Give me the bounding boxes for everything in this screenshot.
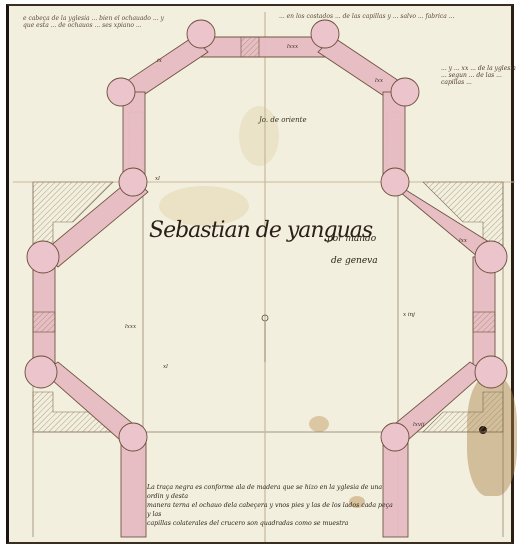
signature-right-line1: por mando bbox=[327, 234, 376, 244]
manuscript-sheet: e cabeça de la yglesia ... bien el ochau… bbox=[6, 4, 514, 544]
caption-line: manera terna el ochauo dela cabeçera y v… bbox=[147, 502, 397, 520]
wall-label: xl bbox=[163, 364, 168, 370]
wall-label: lxxx bbox=[125, 324, 136, 330]
top-right-note: ... en los costados ... de las capillas … bbox=[279, 14, 519, 21]
wall-label: lxx bbox=[375, 78, 383, 84]
caption-line: La traça negra es conforme ala de madera… bbox=[147, 484, 397, 502]
church-floor-plan bbox=[9, 6, 517, 546]
signature-right-line2: de geneva bbox=[331, 256, 378, 266]
plan-caption: La traça negra es conforme ala de madera… bbox=[147, 484, 397, 529]
top-left-note: e cabeça de la yglesia ... bien el ochau… bbox=[23, 16, 173, 30]
wall-label: lxx bbox=[459, 238, 467, 244]
wall-label: lxxx bbox=[287, 44, 298, 50]
wall-label: x inj bbox=[403, 312, 415, 318]
signature-oriente: Jo. de oriente bbox=[259, 116, 307, 124]
wall-label: ix bbox=[157, 58, 162, 64]
right-margin-note: ... y ... xx ... de la yglesia ... segun… bbox=[441, 66, 521, 87]
wall-label: xl bbox=[155, 176, 160, 182]
wall-label: lxvij bbox=[413, 422, 424, 428]
caption-line: capillas colaterales del crucero son qua… bbox=[147, 520, 397, 529]
